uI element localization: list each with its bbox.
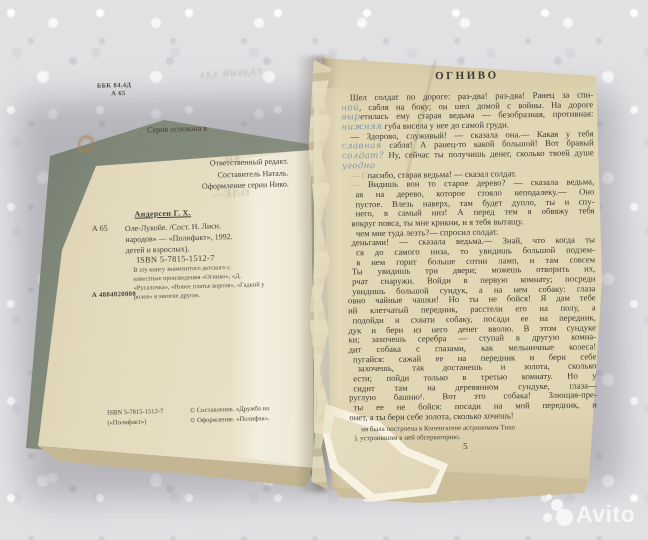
avito-watermark-text: Avito — [576, 501, 635, 528]
avito-logo-icon — [546, 494, 552, 500]
story-line: онет, а ты бери себе золота, сколько хоч… — [345, 410, 597, 423]
faded-print: — — [351, 179, 368, 189]
story-text: Шел солдат по дороге: раз-два! раз-два! … — [341, 90, 597, 422]
photo-open-book: { "palette":{ "wall":"#e1e1e4","cover":"… — [0, 0, 648, 540]
page-number: 5 — [345, 439, 585, 452]
blue-handwriting: солдат? — [342, 151, 384, 162]
avito-logo-icon — [543, 513, 552, 522]
story-title: ОГНИВО — [343, 68, 591, 83]
damaged-margin-smudge — [314, 88, 348, 433]
avito-logo-icon — [556, 509, 573, 526]
avito-watermark: Avito — [543, 497, 643, 533]
